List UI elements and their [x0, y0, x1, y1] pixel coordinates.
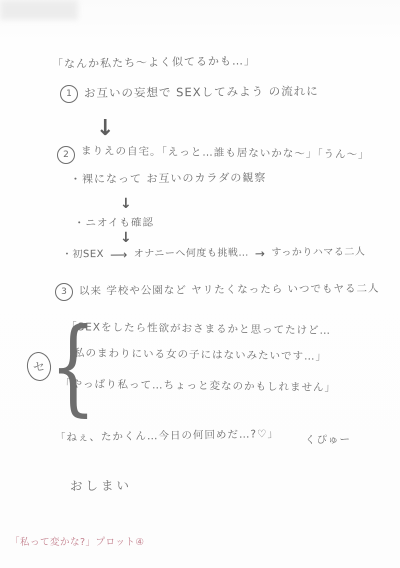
flow-middle-text: オナニーへ何度も挑戦… — [134, 248, 249, 261]
scanned-paper-background: 「なんか私たち～よく似てるかも…」 1 お互いの妄想で SEXしてみよう の流れ… — [0, 0, 400, 568]
step2-number-circle: 2 — [57, 146, 75, 164]
dialogue-quote-2: 「やっぱり私って…ちょっと変なのかもしれません」 — [60, 378, 336, 394]
opening-quote-line: 「なんか私たち～よく似てるかも…」 — [52, 54, 256, 71]
serif-mark-circle: セ — [25, 350, 53, 382]
scan-smudge — [0, 0, 78, 20]
the-end-text: おしまい — [70, 478, 132, 494]
step1-number-circle: 1 — [60, 85, 78, 103]
step3-number-circle: 3 — [55, 283, 73, 301]
dialogue-quote-1a: 「SEXをしたら性欲がおさまるかと思ってたけど… — [66, 321, 331, 337]
first-sex-flow-line: ・初SEX ⟶ オナニーへ何度も挑戦… → すっかりハマる二人 — [62, 246, 365, 263]
step3-text: 以来 学校や公園など ヤリたくなったら いつでもヤる二人 — [79, 283, 380, 298]
final-dialogue-quote: 「ねぇ、たかくん…今日の何回めだ…?♡」 — [55, 428, 279, 445]
sound-effect-text: くぴゅー — [305, 434, 351, 447]
step2-sub-text: ・裸になって お互いのカラダの観察 — [70, 171, 266, 186]
footer-caption: 「私って変かな?」プロット④ — [10, 534, 144, 548]
down-arrow-icon: ↓ — [96, 116, 114, 141]
dialogue-quote-1b: 私のまわりにいる女の子にはないみたいです…」 — [74, 347, 327, 363]
smell-check-line: ・ニオイも確認 — [74, 217, 154, 230]
down-arrow-icon: ↓ — [120, 196, 132, 212]
flow-result-text: すっかりハマる二人 — [271, 247, 365, 260]
step1-text: お互いの妄想で SEXしてみよう の流れに — [84, 85, 319, 101]
flow-first-sex: ・初SEX — [62, 249, 104, 261]
right-arrow-icon: → — [255, 247, 266, 261]
long-right-arrow-icon: ⟶ — [110, 248, 128, 263]
down-arrow-icon: ↓ — [120, 230, 132, 246]
step2-text: まりえの自宅。「えっと…誰も居ないかな～」「うん～」 — [81, 145, 370, 162]
